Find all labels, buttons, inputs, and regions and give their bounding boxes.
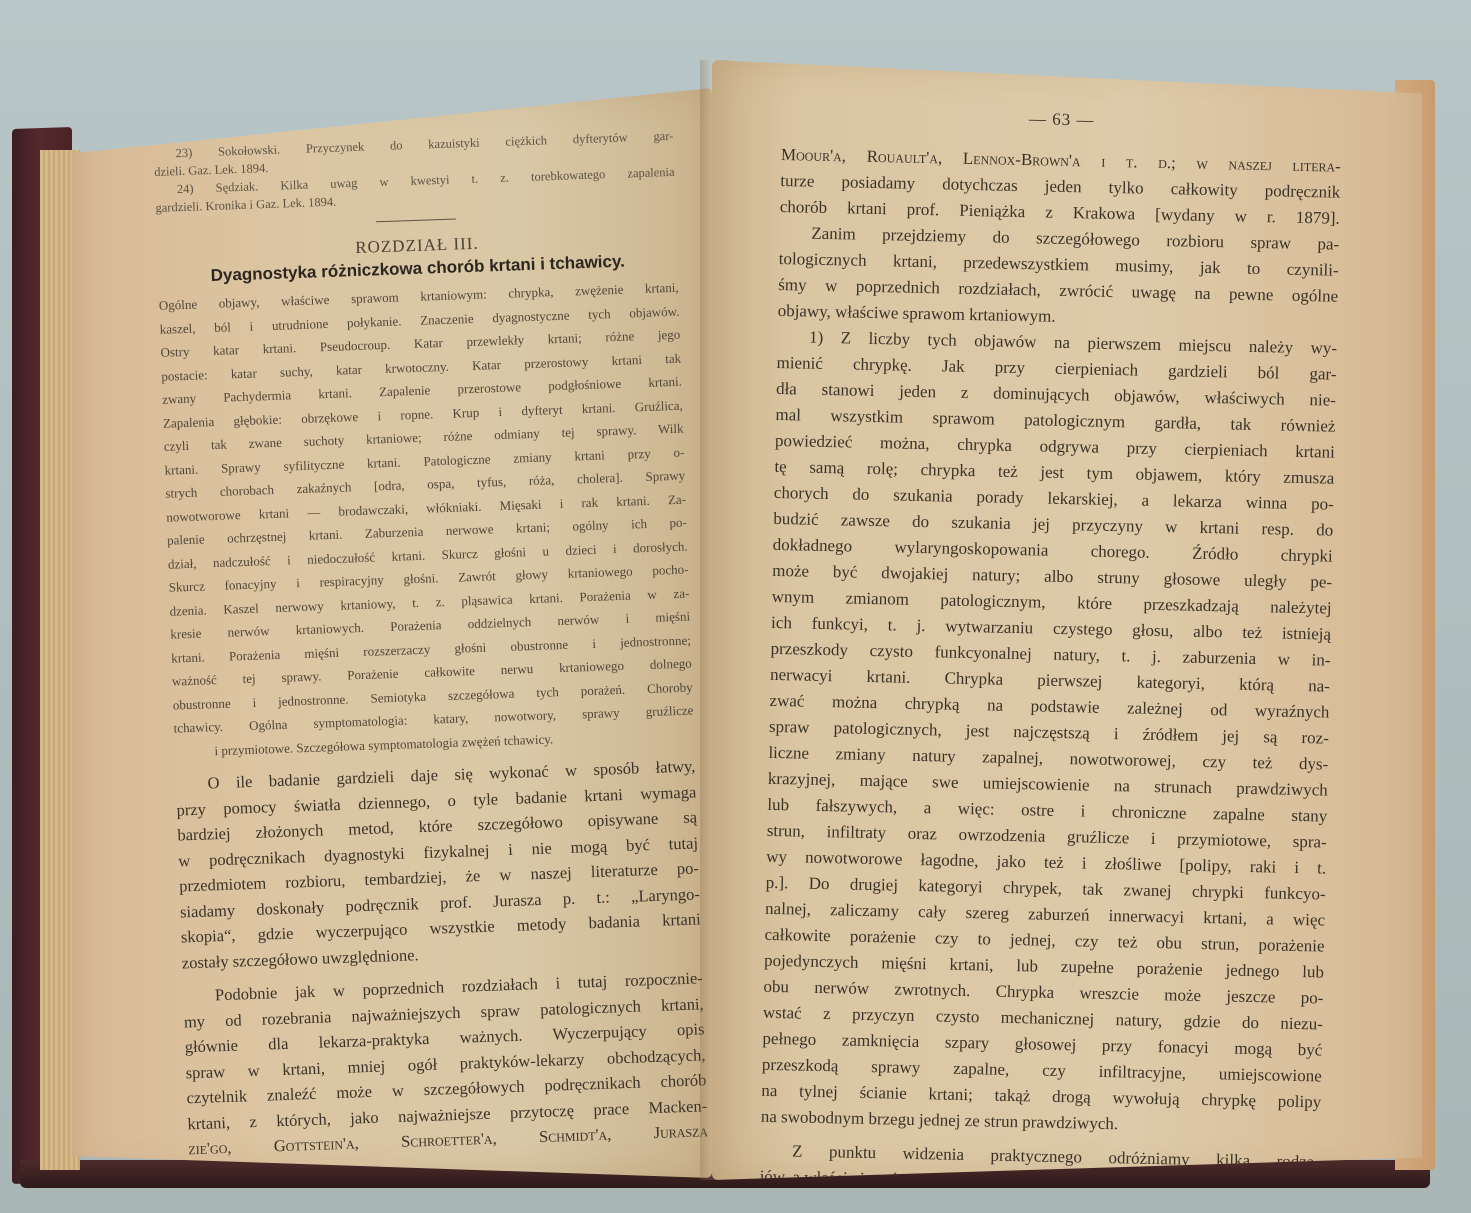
paragraph-authors: Moour'a, Rouault'a, Lennox-Brown'a i t. … [780,142,1342,232]
right-page: — 63 — Moour'a, Rouault'a, Lennox-Brown'… [712,60,1422,1180]
left-page: — 62 — 23) Sokołowski. Przyczynek do kaz… [72,88,712,1178]
page-number: — 63 — [782,105,1342,134]
book-photo: — 62 — 23) Sokołowski. Przyczynek do kaz… [0,0,1471,1213]
right-page-content: — 63 — Moour'a, Rouault'a, Lennox-Brown'… [759,105,1342,1201]
paragraph-podobnie: Podobnie jak w poprzednich rozdziałach i… [183,965,709,1162]
paragraph-zanim: Zanim przejdziemy do szczegółowego rozbi… [777,220,1339,336]
paragraph-badanie: O ile badanie gardzieli daje się wykonać… [175,753,702,975]
section-divider [376,218,456,222]
left-page-content: — 62 — 23) Sokołowski. Przyczynek do kaz… [152,90,708,1162]
paragraph-chrypka: 1) Z liczby tych objawów na pierwszem mi… [761,324,1338,1142]
chapter-summary: Ogólne objawy, właściwe sprawom krtaniow… [158,276,694,764]
page-number: — 62 — [152,90,672,125]
references: 23) Sokołowski. Przyczynek do kazuistyki… [153,127,675,217]
